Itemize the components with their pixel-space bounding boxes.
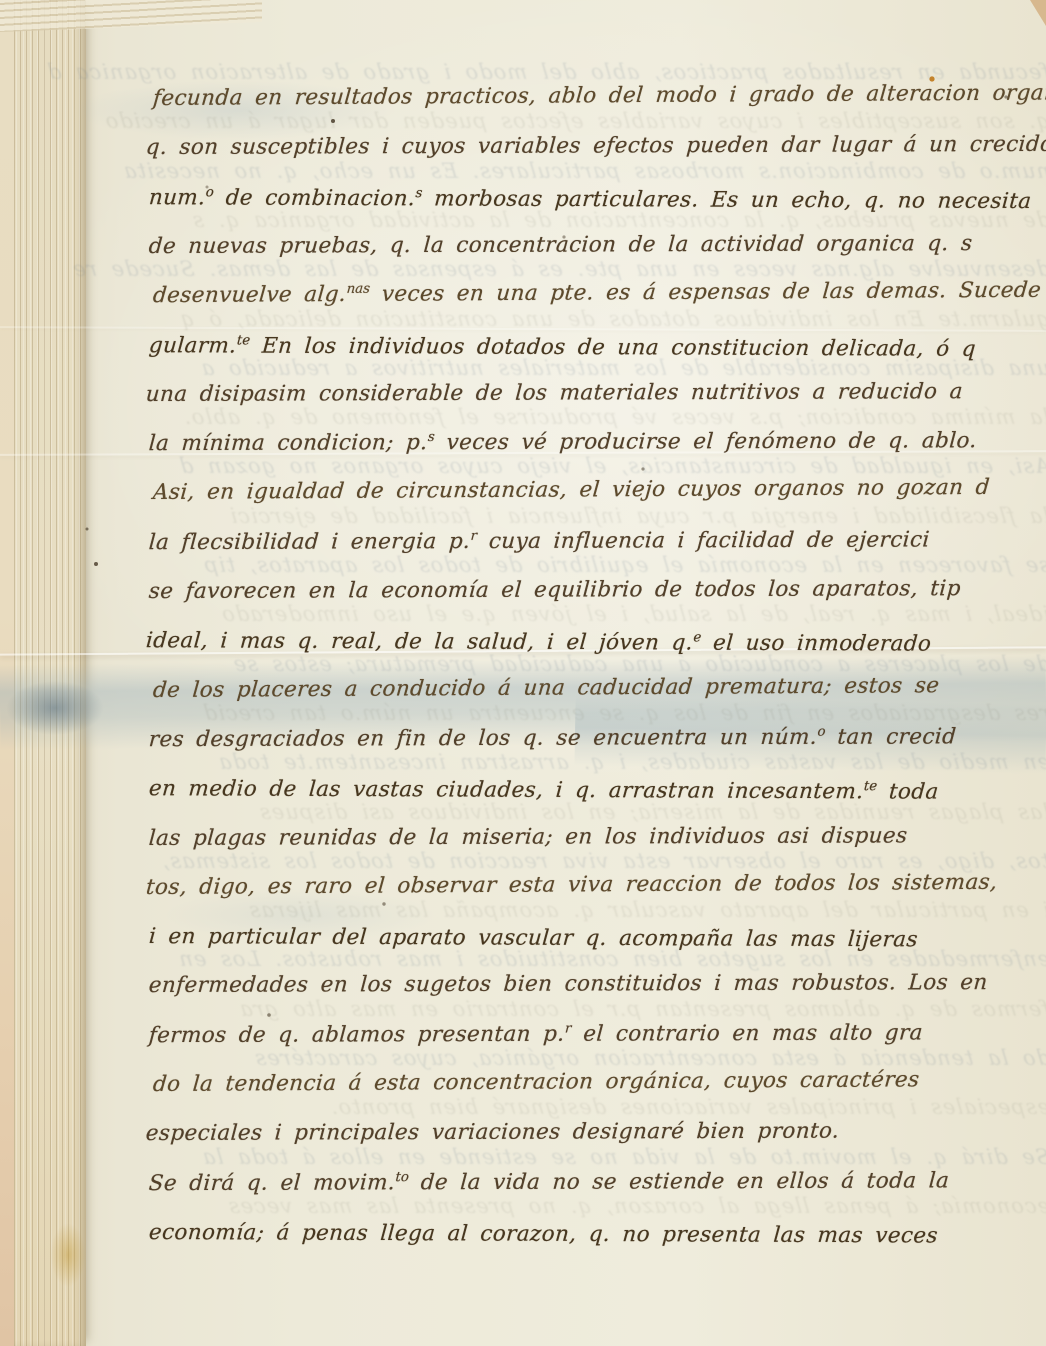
manuscript-line: desenvuelve alg.nas veces en una pte. es… <box>152 278 1046 309</box>
top-right-page-corner <box>1030 0 1046 26</box>
manuscript-line: las plagas reunidas de la miseria; en lo… <box>148 823 908 851</box>
manuscript-line: de nuevas pruebas, q. la concentracion d… <box>148 231 973 259</box>
manuscript-line: res desgraciados en fin de los q. se enc… <box>148 724 957 752</box>
paper-specks <box>0 0 2 2</box>
manuscript-line: tos, digo, es raro el observar esta viva… <box>145 870 998 900</box>
manuscript-scan-page: fecunda en resultados practicos, ablo de… <box>0 0 1046 1346</box>
top-page-stack-edge <box>0 0 262 32</box>
manuscript-line: economía; á penas llega al corazon, q. n… <box>148 1220 939 1248</box>
showthrough-ghost-line: fecunda en resultados practicos, ablo de… <box>109 60 1046 84</box>
manuscript-line: fecunda en resultados practicos, ablo de… <box>152 80 1046 111</box>
manuscript-line: fermos de q. ablamos presentan p.r el co… <box>148 1020 924 1048</box>
manuscript-line: la flecsibilidad i energia p.r cuya infl… <box>148 527 931 555</box>
manuscript-line: se favorecen en la economía el equilibri… <box>148 576 962 604</box>
manuscript-line: gularm.te En los individuos dotados de u… <box>148 333 977 362</box>
manuscript-line: Se dirá q. el movim.to de la vida no se … <box>148 1168 950 1196</box>
manuscript-line: en medio de las vastas ciudades, i q. ar… <box>148 776 940 805</box>
manuscript-line: Asi, en igualdad de circunstancias, el v… <box>152 475 991 505</box>
manuscript-line: num.o de combinacion.s morbosas particul… <box>148 185 1032 214</box>
manuscript-line: de los placeres a conducido á una caduci… <box>152 673 940 703</box>
manuscript-line: una disipasim considerable de los materi… <box>145 379 964 407</box>
manuscript-line: do la tendencia á esta concentracion org… <box>152 1067 921 1097</box>
manuscript-line: q. son susceptibles i cuyos variables ef… <box>145 132 1046 160</box>
manuscript-line: ideal, i mas q. real, de la salud, i el … <box>145 628 932 657</box>
manuscript-line: i en particular del aparato vascular q. … <box>148 924 919 952</box>
manuscript-line: la mínima condicion; p.s veces vé produc… <box>148 428 978 456</box>
manuscript-line: especiales i principales variaciones des… <box>145 1119 840 1146</box>
manuscript-line: enfermedades en los sugetos bien constit… <box>148 970 989 998</box>
manuscript-text: fecunda en resultados practicos, ablo de… <box>0 86 1046 1346</box>
